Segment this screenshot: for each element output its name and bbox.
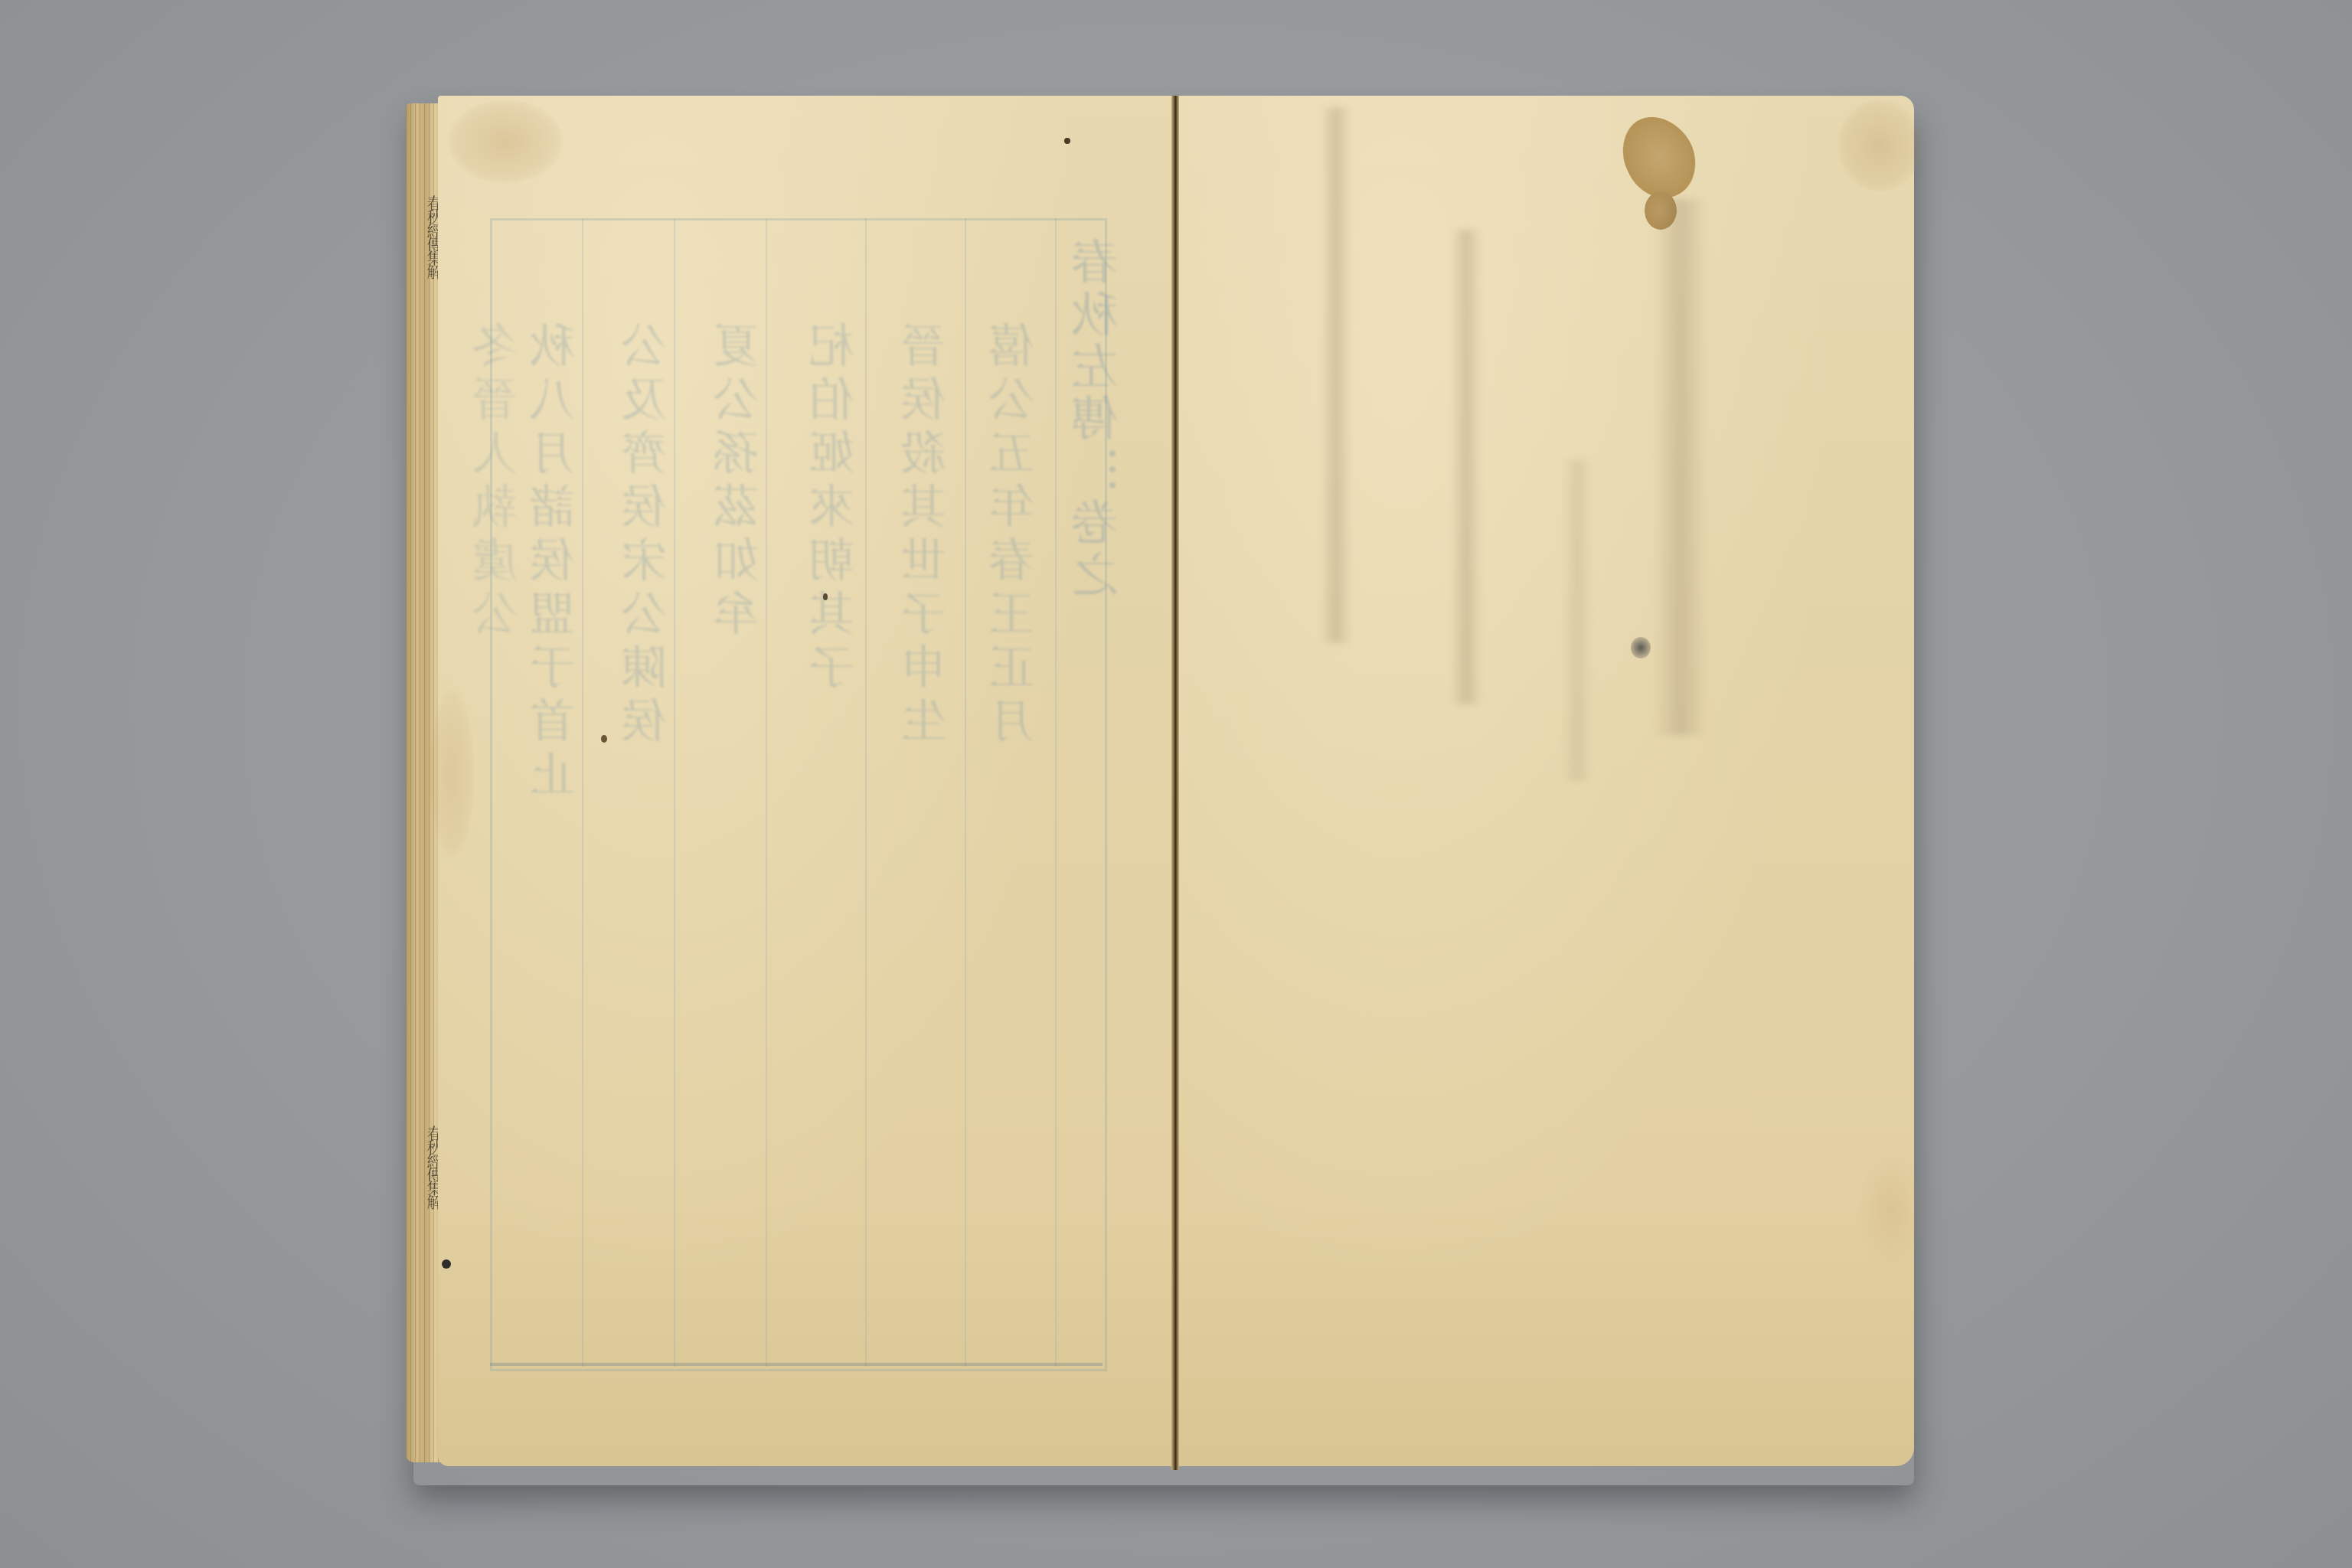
column-rule — [1055, 218, 1057, 1367]
edge-print-upper: 春秋經傳集解 — [410, 195, 441, 624]
foxing-streak — [1451, 230, 1481, 704]
water-stain — [1857, 1148, 1926, 1271]
show-through-text-column: 晉侯殺其世子申生 — [900, 322, 955, 1363]
foxing-streak — [1321, 107, 1351, 643]
edge-print-lower: 春秋經傳集解 — [410, 1125, 441, 1279]
show-through-text-column: 公及齊侯宋公陳侯 — [620, 322, 675, 1363]
water-stain — [448, 100, 563, 184]
show-through-bottom-rule — [490, 1363, 1102, 1366]
dirt-speck — [601, 735, 607, 743]
water-stain — [1837, 100, 1922, 191]
photo-scene: 春秋經傳集解 春秋經傳集解 春秋左傳…卷之 僖公五年春王正月 晉侯殺其世子申生 … — [0, 0, 2352, 1568]
foxing-streak — [1654, 199, 1707, 735]
ink-spot — [1631, 637, 1651, 658]
dirt-speck — [823, 593, 828, 600]
show-through-text-column: 夏公孫茲如牟 — [712, 322, 767, 1363]
center-gutter — [1171, 96, 1179, 1470]
column-rule — [865, 218, 867, 1367]
right-page — [1179, 96, 1914, 1466]
show-through-title-column: 春秋左傳…卷之 — [1072, 237, 1125, 1355]
show-through-text-column: 杞伯姬來朝其子 — [808, 322, 863, 1363]
foxing-streak — [1562, 459, 1592, 781]
show-through-text-column: 僖公五年春王正月 — [988, 322, 1043, 1363]
ink-dot — [442, 1259, 451, 1269]
show-through-text-column: 冬晉人執虞公 — [471, 322, 526, 1363]
water-stain — [429, 689, 475, 857]
show-through-text-column: 秋八月諸侯盟于首止 — [528, 322, 583, 1363]
column-rule — [965, 218, 966, 1367]
dirt-speck — [1064, 138, 1070, 144]
